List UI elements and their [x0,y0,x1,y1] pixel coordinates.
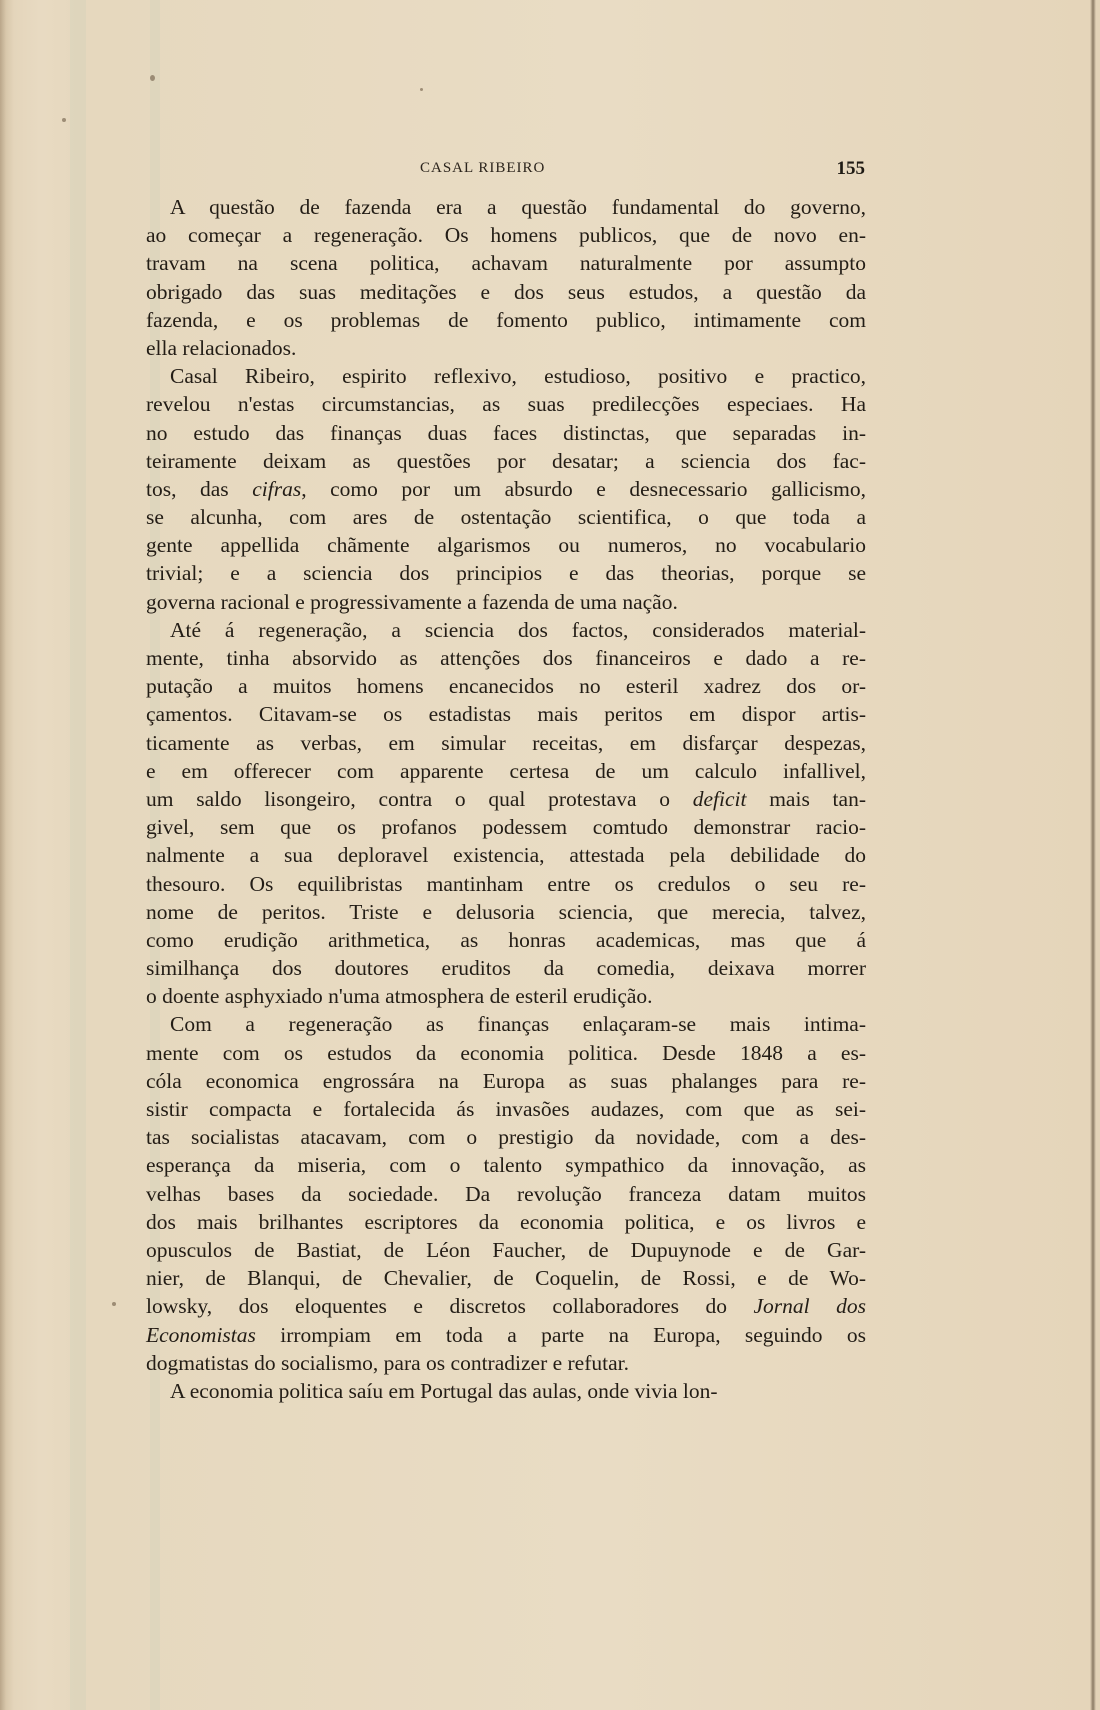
text-line: cóla economica engrossára na Europa as s… [146,1067,866,1095]
text-line: teiramente deixam as questões por desata… [146,447,866,475]
text-line: tos, das cifras, como por um absurdo e d… [146,475,866,503]
text-line: tas socialistas atacavam, com o prestigi… [146,1123,866,1151]
text-line: Casal Ribeiro, espirito reflexivo, estud… [146,362,866,390]
text-line: nier, de Blanqui, de Chevalier, de Coque… [146,1264,866,1292]
paper-speck [420,88,423,91]
text-line: opusculos de Bastiat, de Léon Faucher, d… [146,1236,866,1264]
text-line: ella relacionados. [146,334,866,362]
text-line: travam na scena politica, achavam natura… [146,249,866,277]
text-line: Economistas irrompiam em toda a parte na… [146,1321,866,1349]
text-line: mente, tinha absorvido as attenções dos … [146,644,866,672]
text-line: putação a muitos homens encanecidos no e… [146,672,866,700]
text-line: nome de peritos. Triste e delusoria scie… [146,898,866,926]
running-head: CASAL RIBEIRO 155 [140,160,865,184]
text-line: no estudo das finanças duas faces distin… [146,419,866,447]
text-run: lowsky, dos eloquentes e discretos colla… [146,1294,753,1318]
text-line: A questão de fazenda era a questão funda… [146,193,866,221]
text-line: mente com os estudos da economia politic… [146,1039,866,1067]
running-title: CASAL RIBEIRO [420,160,545,177]
text-line: o doente asphyxiado n'uma atmosphera de … [146,982,866,1010]
text-run: mais tan- [746,787,866,811]
paper-speck [150,75,155,81]
italic-word-cifras: cifras [252,477,301,501]
text-run: , como por um absurdo e desnecessario ga… [301,477,866,501]
text-line: çamentos. Citavam-se os estadistas mais … [146,700,866,728]
italic-jornal-dos: Jornal dos [753,1294,866,1318]
text-line: velhas bases da sociedade. Da revolução … [146,1180,866,1208]
page-number: 155 [837,158,866,180]
text-line: um saldo lisongeiro, contra o qual prote… [146,785,866,813]
text-line: thesouro. Os equilibristas mantinham ent… [146,870,866,898]
text-line: se alcunha, com ares de ostentação scien… [146,503,866,531]
text-line: como erudição arithmetica, as honras aca… [146,926,866,954]
italic-word-deficit: deficit [693,787,747,811]
text-line: governa racional e progressivamente a fa… [146,588,866,616]
text-line: revelou n'estas circumstancias, as suas … [146,390,866,418]
scanned-book-page: CASAL RIBEIRO 155 A questão de fazenda e… [0,0,1100,1710]
text-run: tos, das [146,477,252,501]
text-line: sistir compacta e fortalecida ás invasõe… [146,1095,866,1123]
text-line: Até á regeneração, a sciencia dos factos… [146,616,866,644]
italic-economistas: Economistas [146,1323,256,1347]
text-line: trivial; e a sciencia dos principios e d… [146,559,866,587]
text-line: similhança dos doutores eruditos da come… [146,954,866,982]
text-line: ao começar a regeneração. Os homens publ… [146,221,866,249]
text-line: ticamente as verbas, em simular receitas… [146,729,866,757]
text-line: dos mais brilhantes escriptores da econo… [146,1208,866,1236]
body-text: A questão de fazenda era a questão funda… [146,193,866,1405]
text-line: Com a regeneração as finanças enlaçaram-… [146,1010,866,1038]
text-line: lowsky, dos eloquentes e discretos colla… [146,1292,866,1320]
text-line: obrigado das suas meditações e dos seus … [146,278,866,306]
text-run: um saldo lisongeiro, contra o qual prote… [146,787,693,811]
text-line: A economia politica saíu em Portugal das… [146,1377,866,1405]
scan-artifact-stripe [70,0,86,1710]
text-line: esperança da miseria, com o talento symp… [146,1151,866,1179]
text-line: fazenda, e os problemas de fomento publi… [146,306,866,334]
text-line: givel, sem que os profanos podessem comt… [146,813,866,841]
text-line: dogmatistas do socialismo, para os contr… [146,1349,866,1377]
text-line: gente appellida chãmente algarismos ou n… [146,531,866,559]
text-line: nalmente a sua deploravel existencia, at… [146,841,866,869]
paper-speck [62,118,66,122]
text-line: e em offerecer com apparente certesa de … [146,757,866,785]
text-run: irrompiam em toda a parte na Europa, seg… [256,1323,866,1347]
paper-speck [112,1302,116,1306]
